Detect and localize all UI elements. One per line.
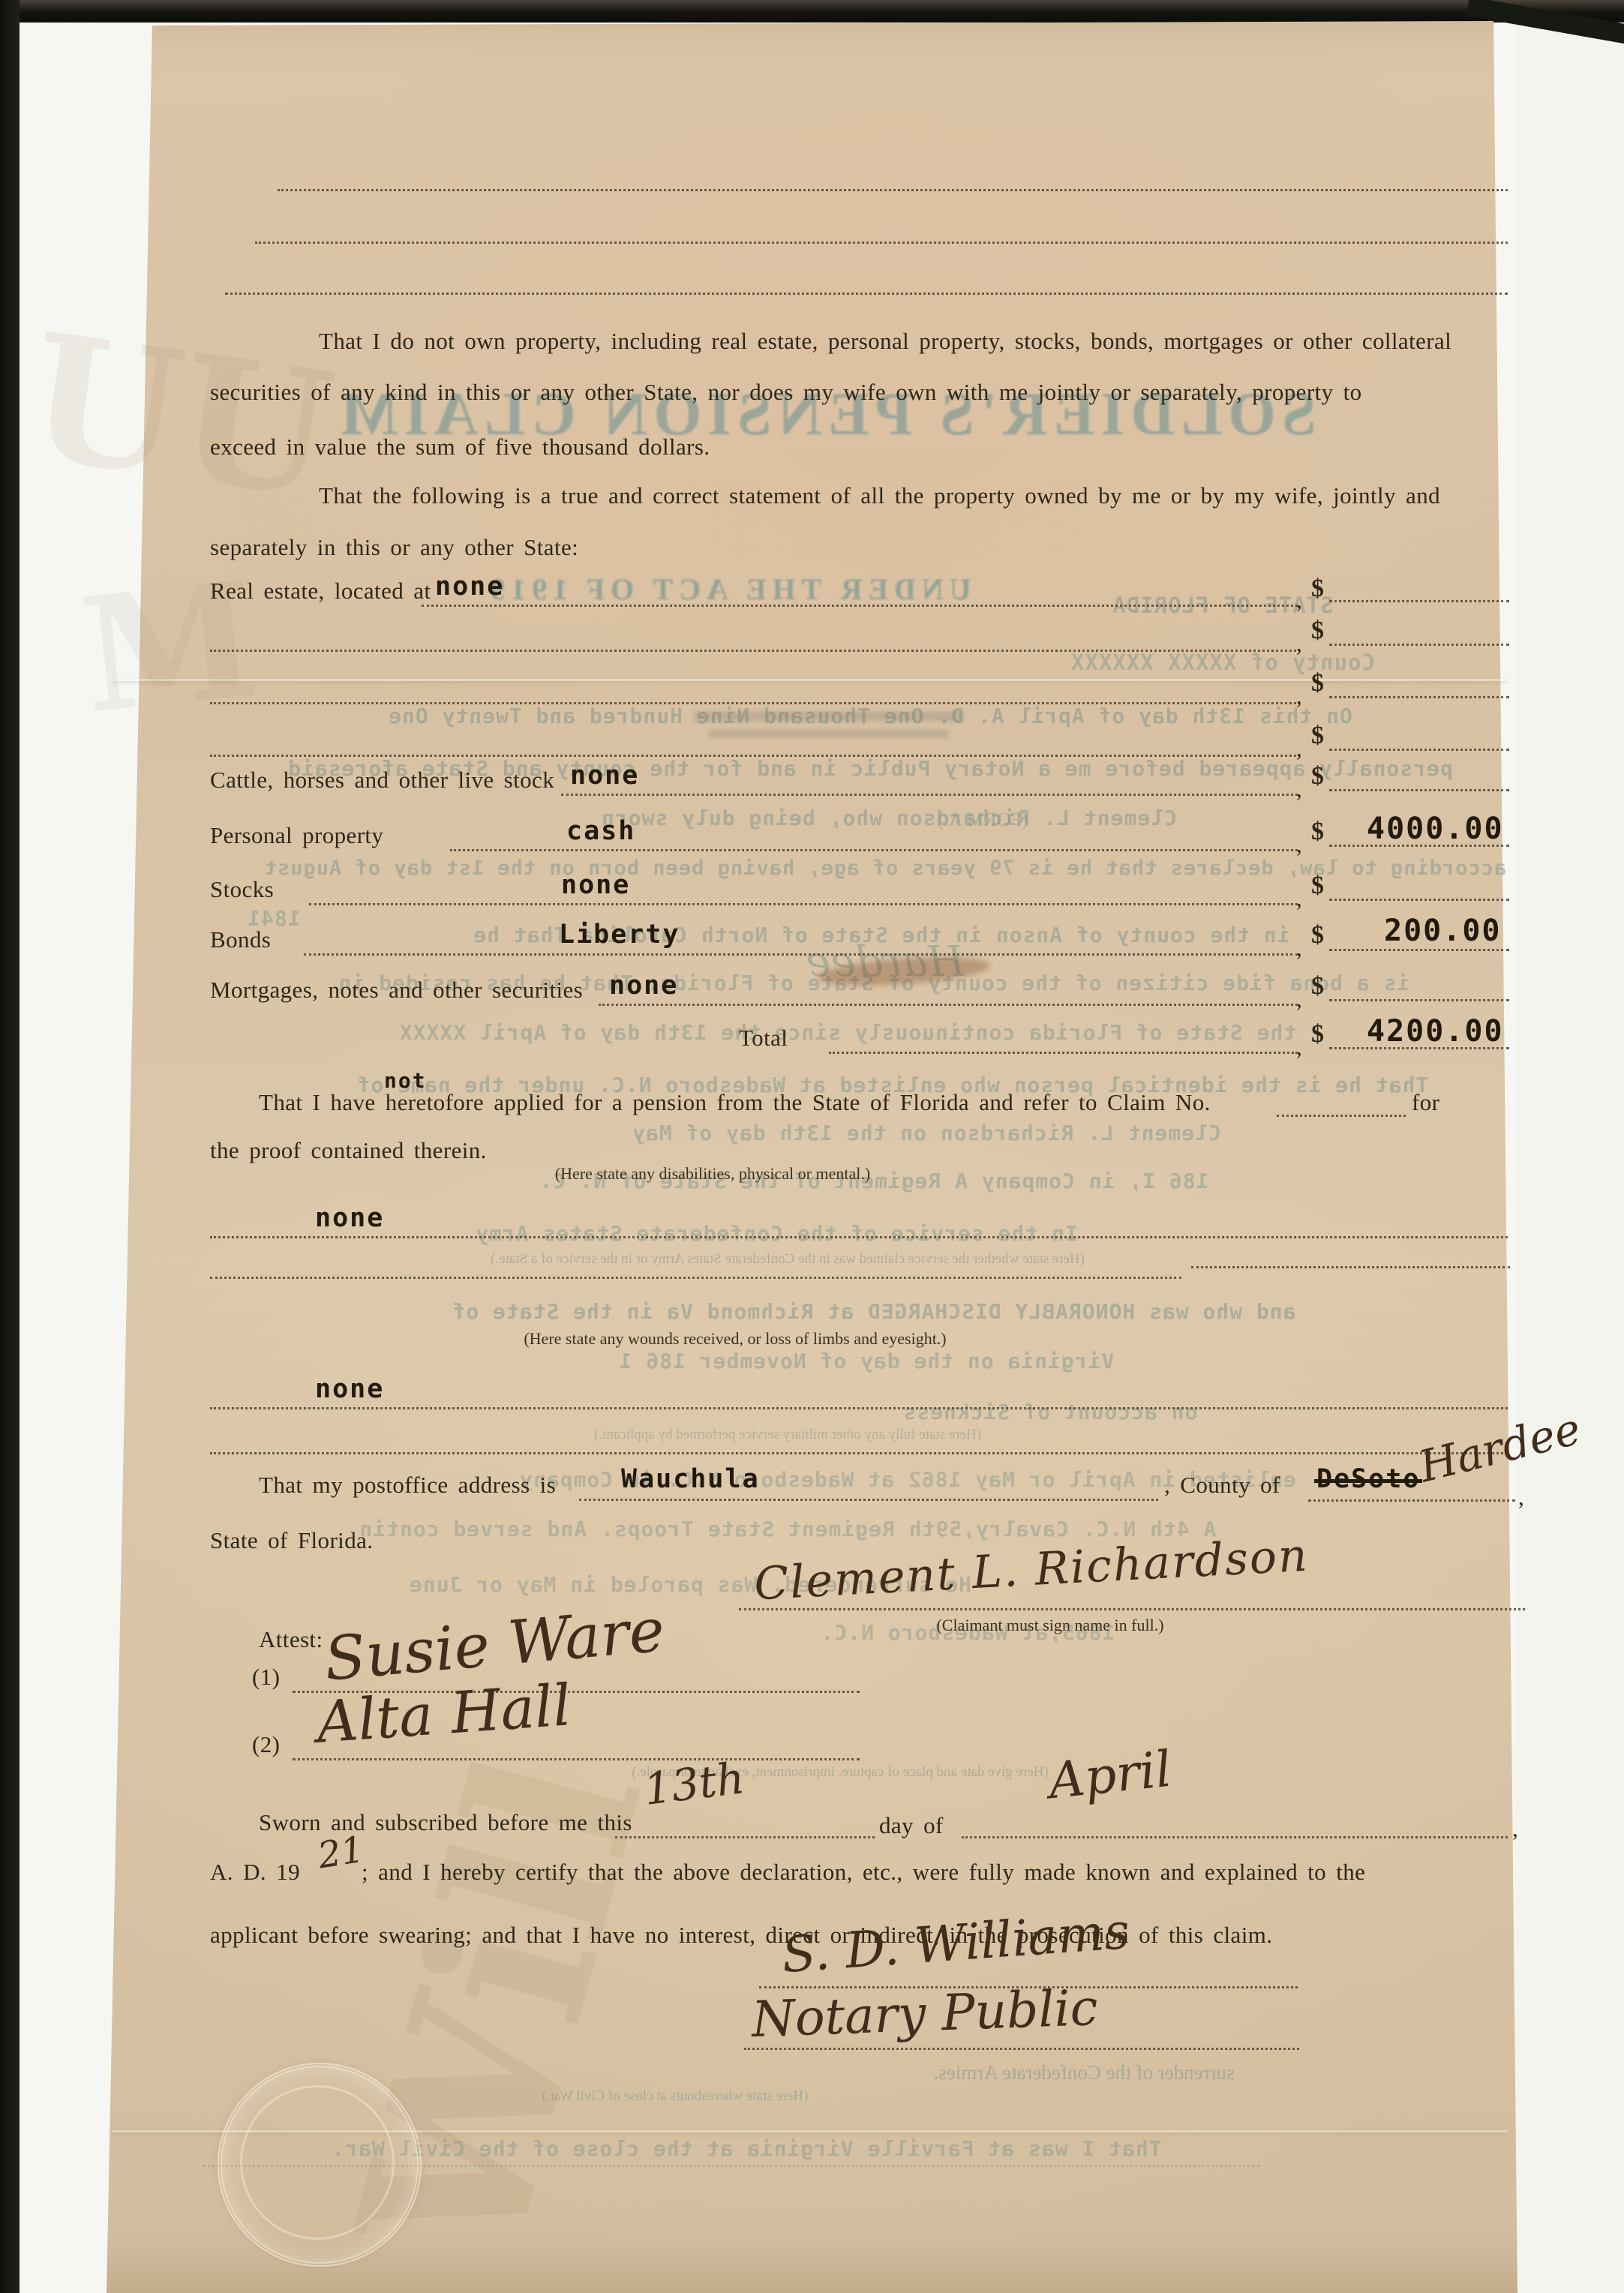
ghost-text: County of XXXXX XXXXXX (934, 650, 1511, 675)
sworn-day-of: day of (879, 1812, 944, 1839)
county-struck-value: DeSoto (1314, 1464, 1422, 1494)
ghost-text: Clement L. Richardson on the 13th day of… (353, 1121, 1500, 1145)
ruled-line (278, 189, 1508, 191)
ink-stamp-smudge (709, 729, 949, 738)
witness1-number: (1) (252, 1664, 280, 1691)
row-typed-value: cash (566, 816, 635, 846)
ruled-line (255, 242, 1508, 244)
amount-value: 4200.00 (1367, 1014, 1504, 1049)
caption-disabilities: (Here state any disabilities, physical o… (480, 1164, 945, 1184)
paragraph1-line3: exceed in value the sum of five thousand… (210, 434, 710, 461)
embossed-seal-inner (240, 2085, 395, 2240)
notary-title-handwritten: Notary Public (751, 1979, 1099, 2048)
dollar-sign: $ (1311, 872, 1324, 900)
ruled-line (1329, 696, 1509, 698)
ruled-line (225, 293, 1508, 295)
row-label: Personal property (210, 822, 383, 849)
witness2-number: (2) (252, 1731, 280, 1758)
attest-label: Attest: (259, 1626, 323, 1653)
paper-crease (113, 679, 1508, 681)
comma: , (1296, 735, 1302, 762)
comma: , (1296, 885, 1302, 912)
ruled-line (1329, 999, 1509, 1001)
sworn-lead: Sworn and subscribed before me this (259, 1809, 632, 1836)
proof-line: the proof contained therein. (210, 1137, 487, 1164)
answer-wounds: none (315, 1374, 384, 1404)
scanner-top-edge (0, 0, 1624, 23)
dollar-sign: $ (1311, 818, 1324, 846)
dollar-sign: $ (1311, 575, 1324, 603)
scanner-left-edge (0, 0, 20, 2293)
dollar-sign: $ (1311, 972, 1324, 1001)
ruled-line (210, 755, 1296, 757)
certify-line1: ; and I hereby certify that the above de… (362, 1859, 1365, 1886)
paragraph2-line2: separately in this or any other State: (210, 534, 578, 561)
ruled-line (962, 1836, 1508, 1838)
scan-background-right (1515, 23, 1624, 2293)
ghost-text: according to law, declares that he is 79… (225, 857, 1545, 880)
ruled-line (1329, 600, 1509, 602)
comma: , (1296, 986, 1302, 1013)
row-typed-value: none (570, 761, 639, 791)
caption-wounds: (Here state any wounds received, or loss… (450, 1329, 1020, 1349)
row-label: Cattle, horses and other live stock (210, 767, 554, 794)
row-label: Real estate, located at (210, 578, 431, 605)
amount-value: 4000.00 (1367, 812, 1504, 846)
ad-year-handwritten: 21 (315, 1829, 367, 1877)
total-label: Total (739, 1025, 788, 1052)
amount-value: 200.00 (1384, 914, 1502, 948)
dollar-sign: $ (1311, 762, 1324, 791)
ruled-line (1329, 899, 1509, 901)
ruled-line (304, 953, 1298, 956)
ruled-line (422, 605, 1298, 607)
row-typed-value: none (609, 971, 678, 1001)
scanned-document: SOLDIER'S PENSION CLAIMUNDER THE ACT OF … (0, 0, 1624, 2293)
dollar-sign: $ (1311, 1020, 1324, 1049)
ruled-line (210, 1452, 1508, 1454)
ruled-line (1329, 949, 1509, 951)
ruled-line (1329, 1047, 1509, 1049)
paragraph2-line1: That the following is a true and correct… (319, 482, 1440, 509)
comma: , (1512, 1815, 1518, 1842)
ghost-text: and who was HONORABLY DISCHARGED at Rich… (225, 1299, 1523, 1324)
state-line: State of Florida. (210, 1527, 373, 1554)
county-label: , County of (1164, 1472, 1280, 1499)
ruled-line (210, 1236, 1508, 1238)
address-typed-value: Wauchula (621, 1464, 760, 1494)
ghost-text: the State of Florida continuously since … (233, 1020, 1463, 1045)
ruled-line (1329, 789, 1509, 791)
ruled-line (210, 702, 1296, 704)
comma: , (1296, 683, 1302, 710)
dollar-sign: $ (1311, 921, 1324, 950)
ruled-line (744, 2048, 1299, 2050)
ruled-line (739, 1608, 1525, 1610)
ghost-text: on account of Sickness (810, 1400, 1290, 1424)
ink-stamp-smudge (694, 711, 964, 722)
ruled-line (450, 849, 1298, 851)
dollar-sign: $ (1311, 617, 1324, 645)
row-label: Stocks (210, 876, 274, 903)
paragraph1-line1: That I do not own property, including re… (319, 328, 1451, 355)
row-typed-value: none (435, 572, 504, 602)
dollar-sign: $ (1311, 669, 1324, 698)
ruled-line (579, 1499, 1158, 1501)
comma: , (1296, 1034, 1302, 1061)
comma: , (1296, 776, 1302, 803)
watermark-letters: UU (17, 295, 344, 537)
ruled-line (1329, 644, 1509, 646)
ruled-line (1308, 1499, 1515, 1502)
row-typed-value: none (561, 870, 630, 900)
ad-label: A. D. 19 (210, 1859, 300, 1886)
ghost-text: surrender of the Confederate Armies. (855, 2061, 1313, 2084)
ghost-text: UNDER THE ACT OF 1919 (465, 572, 990, 607)
ghost-text: In the service of the Confederate States… (233, 1221, 1320, 1246)
dollar-sign: $ (1311, 722, 1324, 750)
claim-tail: for (1412, 1089, 1439, 1116)
comma: , (1296, 587, 1302, 614)
row-typed-value: Liberty (559, 920, 680, 950)
paragraph1-line2: securities of any kind in this or any ot… (210, 379, 1362, 406)
ruled-line (1329, 749, 1509, 751)
ruled-line (210, 1407, 1508, 1409)
ruled-line (615, 1836, 875, 1838)
ruled-line (599, 1004, 1298, 1006)
ruled-line (309, 903, 1298, 905)
ghost-text: Virginia on the day of November 186 1 (218, 1349, 1515, 1373)
comma: , (1296, 831, 1302, 858)
row-label: Mortgages, notes and other securities (210, 977, 583, 1004)
comma: , (1518, 1484, 1524, 1511)
ruled-line (293, 1758, 860, 1760)
ghost-text: (Here state fully any other military ser… (420, 1427, 1155, 1443)
comma: , (1296, 630, 1302, 657)
answer-disabilities: none (315, 1203, 384, 1233)
claim-sentence: That I have heretofore applied for a pen… (259, 1089, 1211, 1116)
row-label: Bonds (210, 926, 271, 953)
ruled-line (1277, 1115, 1406, 1117)
ruled-line (829, 1052, 1298, 1054)
ruled-line (561, 794, 1298, 796)
comma: , (1296, 935, 1302, 962)
ruled-line (1329, 845, 1509, 847)
ghost-text: (Here state whether the service claimed … (390, 1251, 1185, 1268)
ruled-line (210, 1277, 1181, 1279)
ruled-line (1191, 1266, 1510, 1268)
caption-claimant-sign: (Claimant must sign name in full.) (908, 1616, 1193, 1635)
address-label: That my postoffice address is (259, 1472, 556, 1499)
ruled-line (210, 650, 1296, 652)
